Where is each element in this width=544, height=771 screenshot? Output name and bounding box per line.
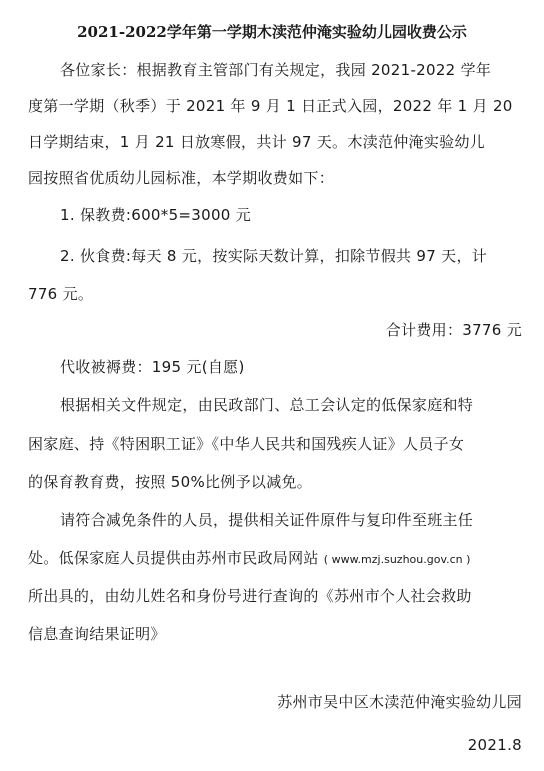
fee-item-meals-line-1: 2. 伙食费:每天 8 元，按实际天数计算，扣除节假共 97 天，计 [60, 244, 544, 268]
fee-item-tuition: 1. 保教费:600*5=3000 元 [60, 203, 544, 227]
paragraph-apply-line-1: 请符合减免条件的人员，提供相关证件原件与复印件至班主任 [60, 508, 544, 532]
civil-affairs-url: ( www.mzj.suzhou.gov.cn ) [324, 553, 471, 566]
paragraph-intro-line-4: 园按照省优质幼儿园标准，本学期收费如下： [28, 166, 518, 190]
paragraph-reduction-line-1: 根据相关文件规定，由民政部门、总工会认定的低保家庭和特 [60, 393, 544, 417]
paragraph-reduction-line-2: 困家庭、持《特困职工证》《中华人民共和国残疾人证》人员子女 [28, 432, 518, 456]
document-title: 2021-2022学年第一学期木渎范仲淹实验幼儿园收费公示 [0, 20, 544, 44]
paragraph-apply-line-2: 处。低保家庭人员提供由苏州市民政局网站 ( www.mzj.suzhou.gov… [28, 546, 518, 572]
bedding-fee: 代收被褥费：195 元(自愿) [60, 355, 544, 379]
paragraph-intro-line-1: 各位家长：根据教育主管部门有关规定，我园 2021-2022 学年 [60, 58, 544, 82]
apply-line-2-text: 处。低保家庭人员提供由苏州市民政局网站 [28, 549, 319, 567]
paragraph-apply-line-3: 所出具的，由幼儿姓名和身份号进行查询的《苏州市个人社会救助 [28, 584, 518, 608]
total-fee: 合计费用：3776 元 [386, 318, 522, 342]
paragraph-intro-line-2: 度第一学期（秋季）于 2021 年 9 月 1 日正式入园，2022 年 1 月… [28, 94, 518, 118]
paragraph-reduction-line-3: 的保育教育费，按照 50%比例予以减免。 [28, 470, 518, 494]
signature-date: 2021.8 [468, 733, 522, 757]
fee-item-meals-line-2: 776 元。 [28, 282, 518, 306]
paragraph-intro-line-3: 日学期结束，1 月 21 日放寒假，共计 97 天。木渎范仲淹实验幼儿 [28, 130, 518, 154]
paragraph-apply-line-4: 信息查询结果证明》 [28, 622, 518, 646]
signature-organization: 苏州市吴中区木渎范仲淹实验幼儿园 [277, 690, 522, 714]
